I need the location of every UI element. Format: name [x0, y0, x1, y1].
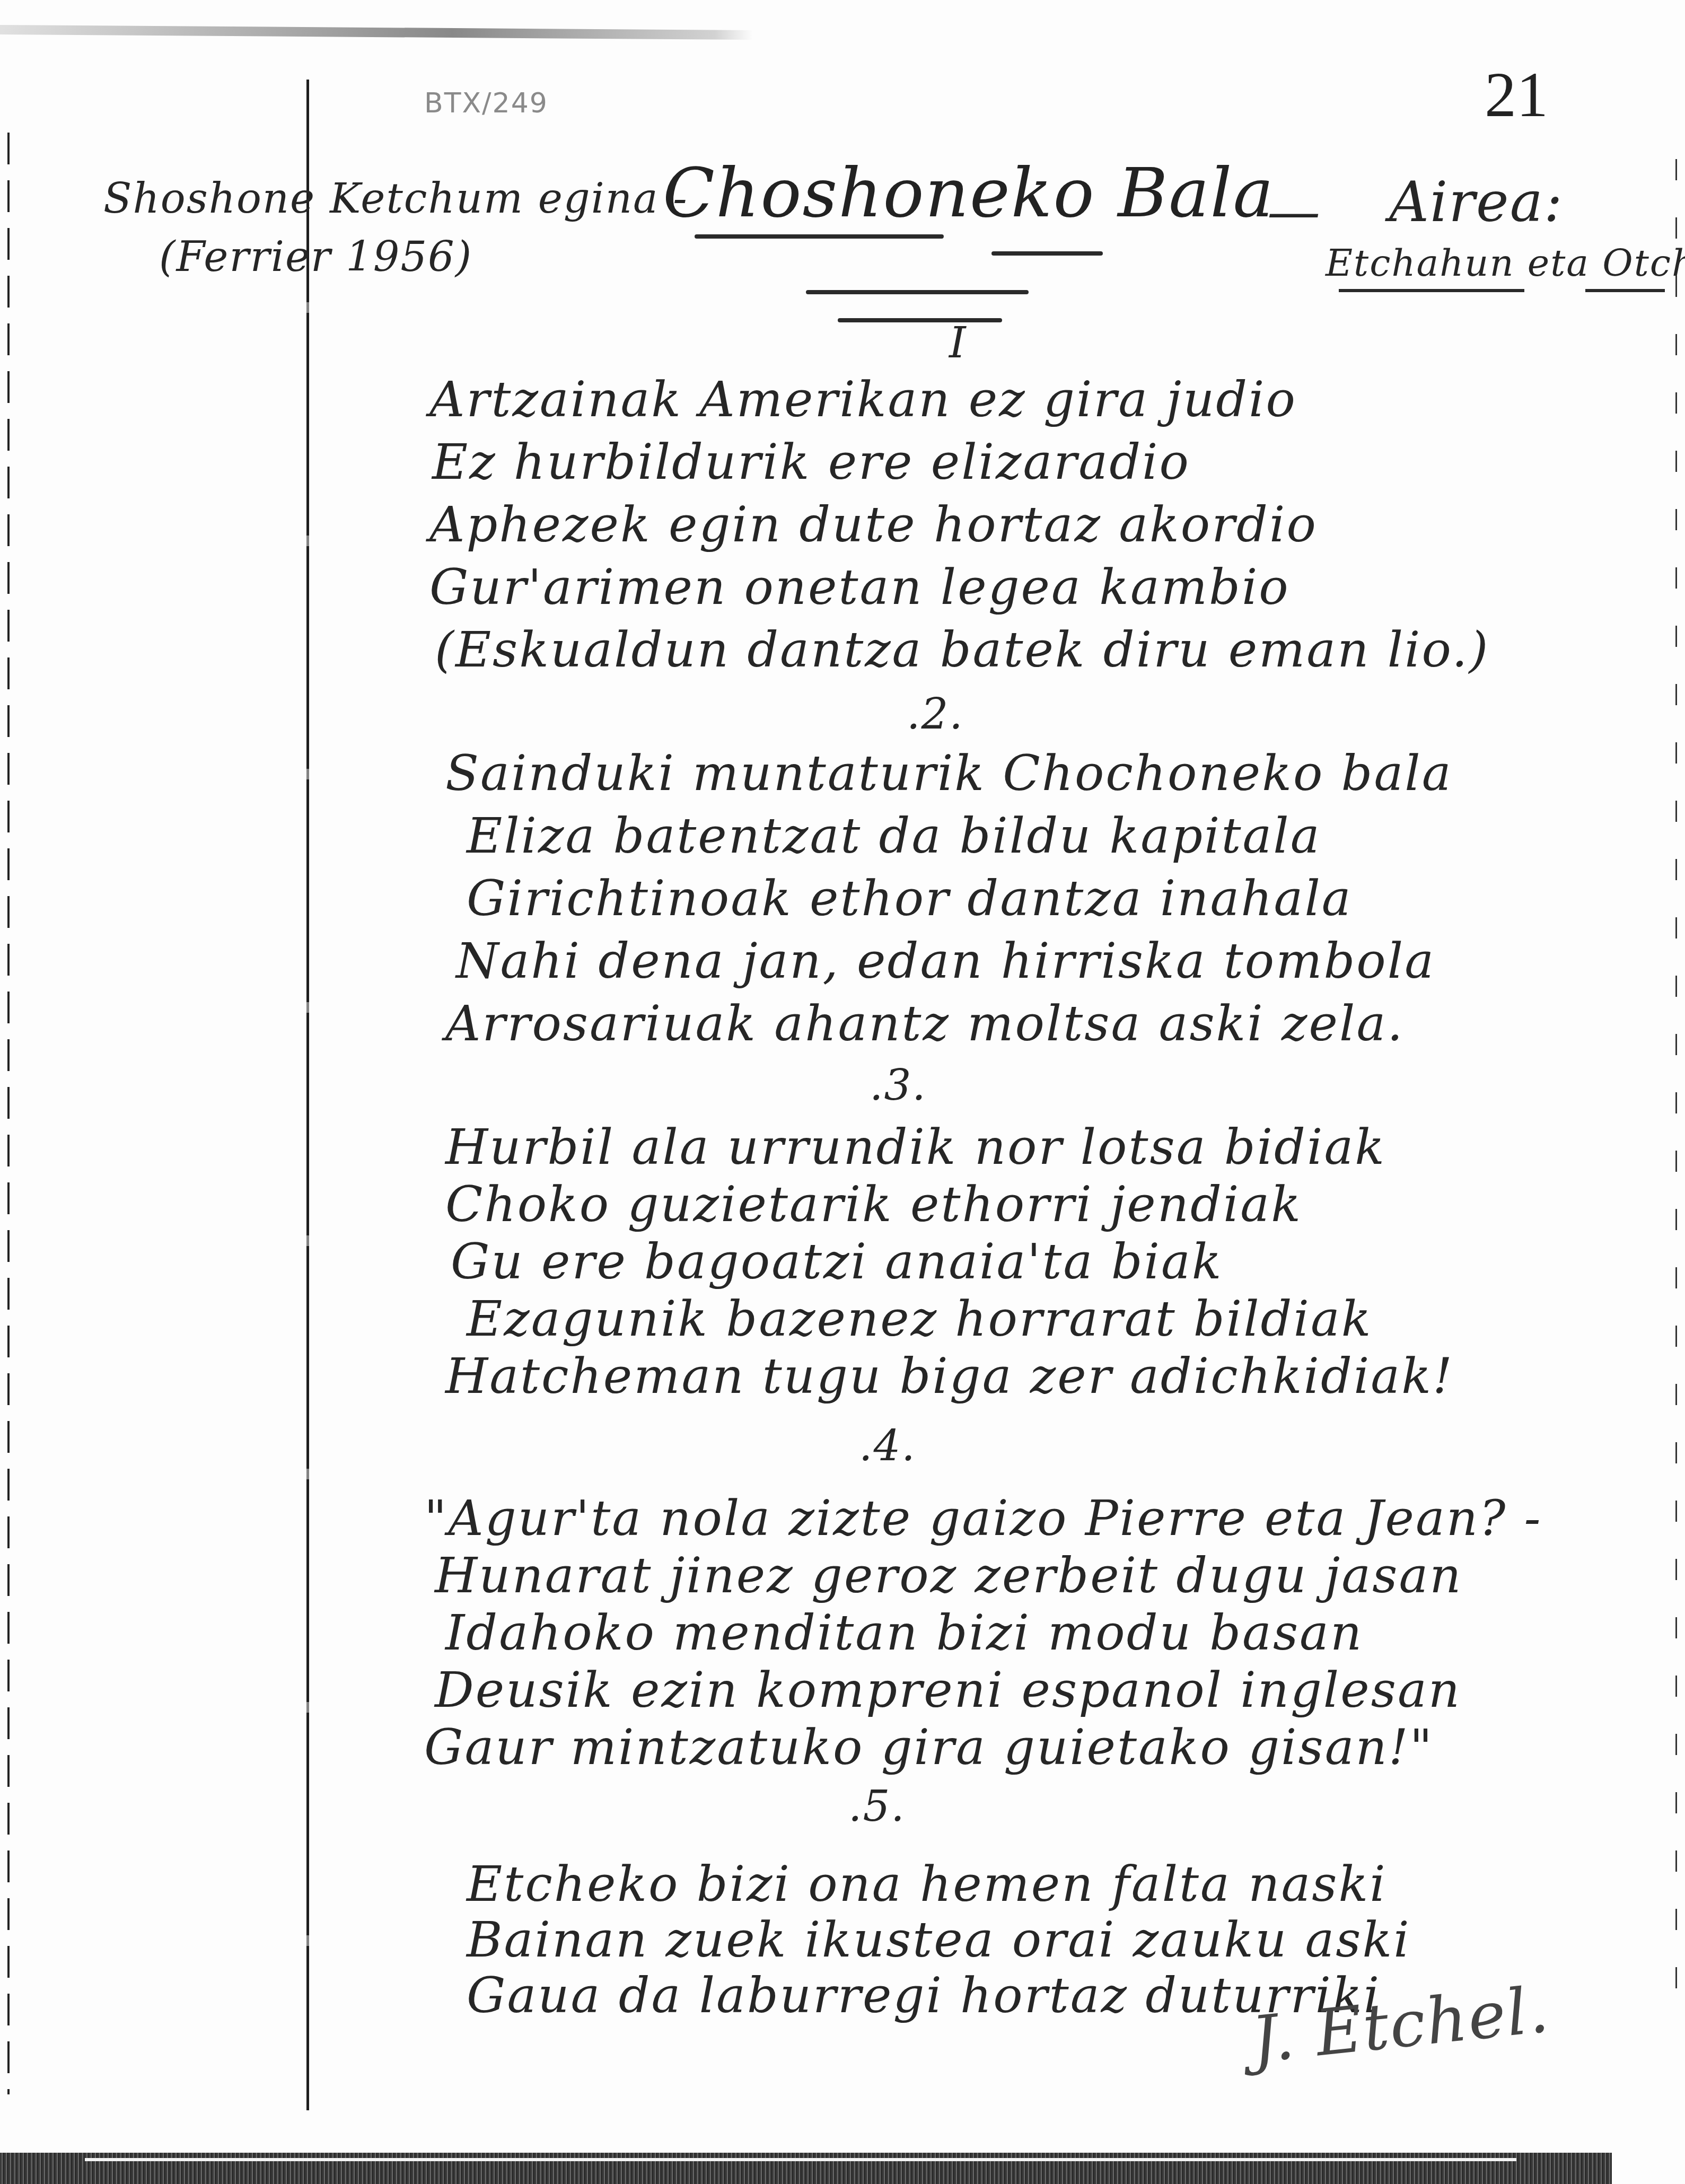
verse-line: Aphezek egin dute hortaz akordio: [429, 496, 1318, 553]
stanza-number: .3.: [870, 1060, 927, 1110]
verse-line: Hunarat jinez geroz zerbeit dugu jasan: [435, 1547, 1463, 1604]
aire-underline: [1339, 289, 1524, 292]
verse-line: (Eskualdun dantza batek diru eman lio.): [435, 621, 1489, 678]
title-underline: [991, 251, 1103, 256]
verse-line: Artzainak Amerikan ez gira judio: [429, 371, 1297, 428]
verse-line: Nahi dena jan, edan hirriska tombola: [456, 933, 1435, 989]
header-date-line: (Ferrier 1956): [159, 233, 472, 281]
page-right-edge: [1675, 159, 1677, 2015]
aire-underline: [1585, 289, 1665, 292]
verse-line: Hatcheman tugu biga zer adichkidiak!: [445, 1348, 1454, 1405]
aire-value: Etchahun eta Otchalt: [1326, 241, 1685, 285]
verse-line: Ezagunik bazenez horrarat bildiak: [467, 1291, 1373, 1347]
verse-line: Bainan zuek ikustea orai zauku aski: [467, 1911, 1411, 1968]
song-title: Choshoneko Bala: [663, 154, 1275, 233]
title-underline: [695, 234, 944, 239]
stanza-number: .4.: [859, 1421, 916, 1470]
header-author-line: Shoshone Ketchum egina -: [103, 175, 688, 223]
verse-line: Idahoko menditan bizi modu basan: [445, 1604, 1363, 1661]
page-number: 21: [1485, 58, 1548, 131]
stanza-number: I: [949, 318, 967, 367]
verse-line: Gu ere bagoatzi anaia'ta biak: [451, 1233, 1223, 1290]
verse-line: "Agur'ta nola zizte gaizo Pierre eta Jea…: [424, 1490, 1542, 1547]
aire-label: Airea:: [1389, 170, 1564, 234]
title-flourish: [806, 290, 1029, 294]
verse-line: Hurbil ala urrundik nor lotsa bidiak: [445, 1119, 1386, 1176]
margin-rule: [306, 80, 309, 2110]
scan-artifact-top: [0, 25, 753, 40]
verse-line: Eliza batentzat da bildu kapitala: [467, 808, 1321, 864]
verse-line: Gaur mintzatuko gira guietako gisan!": [424, 1719, 1434, 1776]
scanned-manuscript-page: BTX/249 21 Shoshone Ketchum egina - (Fer…: [0, 0, 1685, 2184]
verse-line: Deusik ezin kompreni espanol inglesan: [435, 1662, 1461, 1718]
verse-line: Etcheko bizi ona hemen falta naski: [467, 1856, 1387, 1913]
verse-line: Ez hurbildurik ere elizaradio: [432, 434, 1190, 490]
verse-line: Choko guzietarik ethorri jendiak: [445, 1176, 1302, 1233]
verse-line: Sainduki muntaturik Chochoneko bala: [445, 745, 1453, 802]
verse-line: Gaua da laburregi hortaz duturriki: [467, 1967, 1381, 2024]
verse-line: Arrosariuak ahantz moltsa aski zela.: [445, 995, 1404, 1052]
scan-artifact-bottom: [0, 2153, 1612, 2184]
verse-line: Gur'arimen onetan legea kambio: [429, 559, 1290, 616]
title-flourish: [838, 318, 1002, 322]
page-left-edge: [7, 133, 10, 2094]
header-separator: —: [1267, 180, 1321, 242]
stanza-number: .2.: [907, 689, 964, 739]
archive-stamp: BTX/249: [424, 87, 548, 119]
verse-line: Girichtinoak ethor dantza inahala: [467, 870, 1353, 927]
stanza-number: .5.: [848, 1782, 906, 1831]
